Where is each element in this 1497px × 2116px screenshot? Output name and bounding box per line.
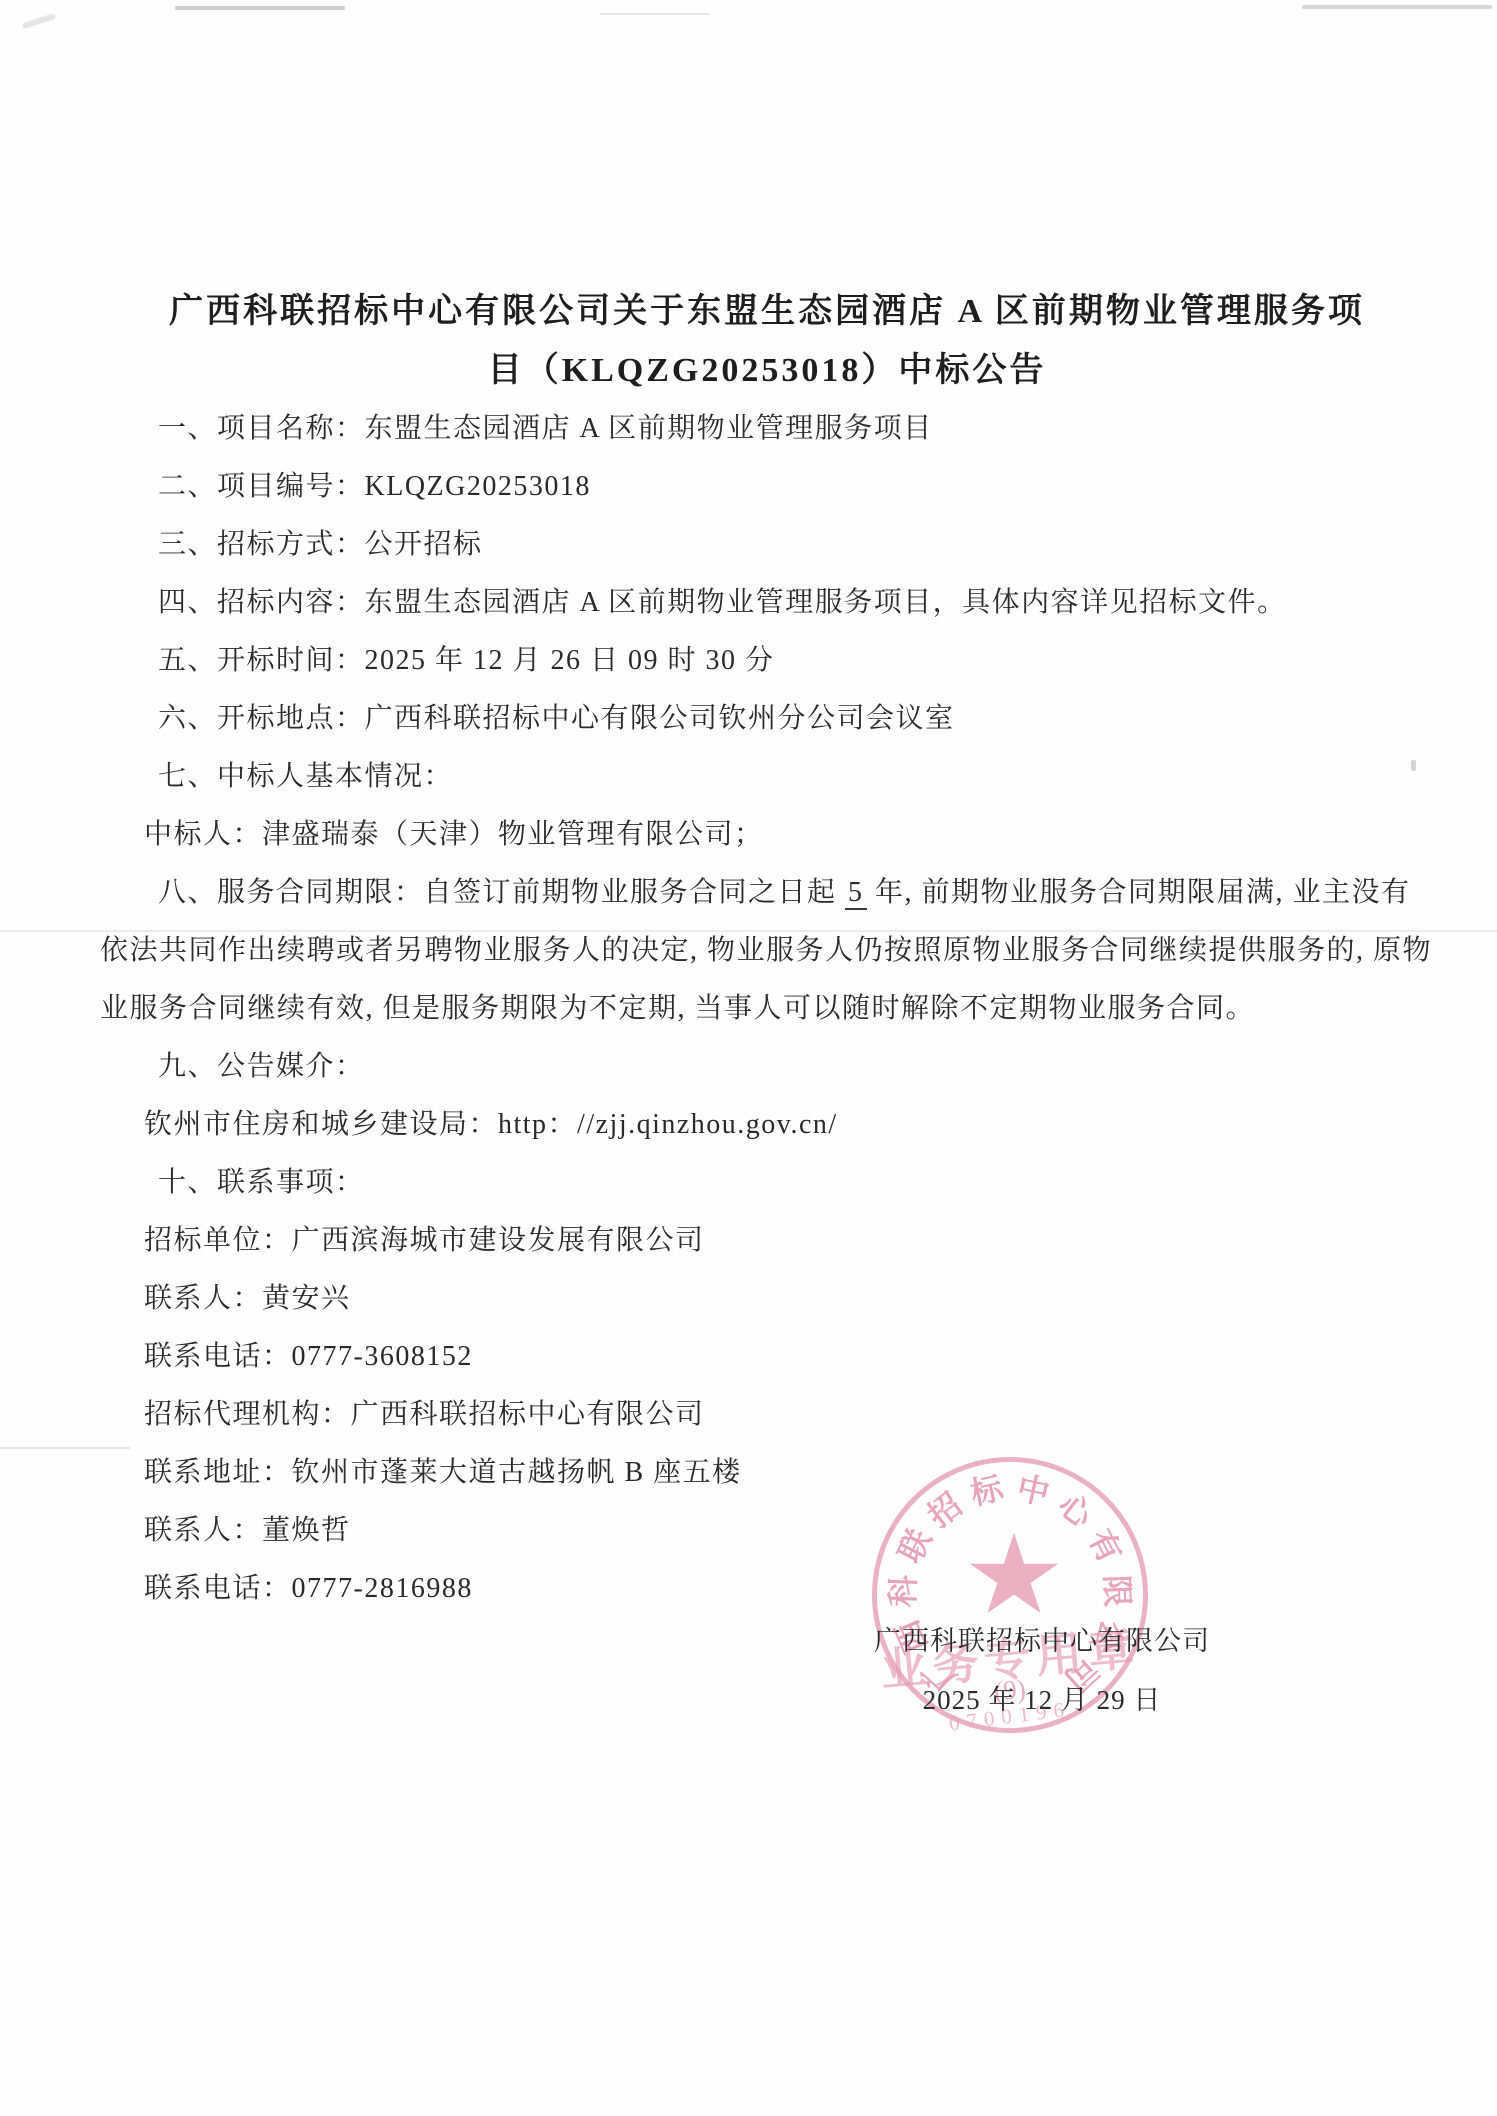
document-body: 广西科联招标中心有限公司关于东盟生态园酒店 A 区前期物业管理服务项目（KLQZ… — [100, 0, 1434, 1618]
signature-block: 广西科联招标中心有限公司 2025 年 12 月 29 日 — [872, 1612, 1212, 1730]
stamp-ring-char: 标 — [966, 1470, 1007, 1511]
scan-artifact — [175, 6, 345, 10]
document-title: 广西科联招标中心有限公司关于东盟生态园酒店 A 区前期物业管理服务项目（KLQZ… — [100, 282, 1434, 400]
paragraph-contact-heading: 十、联系事项： — [100, 1154, 1434, 1212]
signature-company: 广西科联招标中心有限公司 — [872, 1612, 1212, 1671]
paragraph-contact-phone-1: 联系电话：0777-3608152 — [100, 1328, 1434, 1386]
contract-term-underlined-value: 5 — [845, 877, 867, 910]
paragraph-project-number: 二、项目编号：KLQZG20253018 — [100, 458, 1434, 516]
scanned-bid-announcement-page: { "document": { "title_line1": "广西科联招标中心… — [0, 0, 1497, 2116]
title-line-2: 目（KLQZG20253018）中标公告 — [488, 352, 1047, 389]
paragraph-bid-content: 四、招标内容：东盟生态园酒店 A 区前期物业管理服务项目，具体内容详见招标文件。 — [100, 574, 1434, 632]
scan-artifact — [1240, 601, 1244, 605]
scan-artifact — [0, 1447, 130, 1449]
scan-artifact — [0, 930, 1497, 932]
paragraph-tender-unit: 招标单位：广西滨海城市建设发展有限公司 — [100, 1212, 1434, 1270]
scan-artifact — [1302, 5, 1492, 9]
scan-artifact — [22, 13, 56, 29]
paragraph-contact-phone-2: 联系电话：0777-2816988 — [100, 1560, 1434, 1618]
paragraph-project-name: 一、项目名称：东盟生态园酒店 A 区前期物业管理服务项目 — [100, 400, 1434, 458]
scan-artifact — [600, 13, 710, 15]
paragraph-media-url: 钦州市住房和城乡建设局：http：//zjj.qinzhou.gov.cn/ — [100, 1096, 1434, 1154]
paragraph-opening-time: 五、开标时间：2025 年 12 月 26 日 09 时 30 分 — [100, 632, 1434, 690]
paragraph-agency: 招标代理机构：广西科联招标中心有限公司 — [100, 1386, 1434, 1444]
document-paragraphs: 一、项目名称：东盟生态园酒店 A 区前期物业管理服务项目 二、项目编号：KLQZ… — [100, 400, 1434, 1618]
paragraph-contact-address: 联系地址：钦州市蓬莱大道古越扬帆 B 座五楼 — [100, 1444, 1434, 1502]
paragraph-contact-person-1: 联系人：黄安兴 — [100, 1270, 1434, 1328]
signature-date: 2025 年 12 月 29 日 — [872, 1671, 1212, 1730]
scan-artifact — [1411, 760, 1416, 771]
paragraph-winner-heading: 七、中标人基本情况： — [100, 748, 1434, 806]
paragraph-winner-name: 中标人：津盛瑞泰（天津）物业管理有限公司； — [100, 806, 1434, 864]
stamp-ring-char: 科 — [885, 1573, 920, 1608]
paragraph-contract-term: 八、服务合同期限：自签订前期物业服务合同之日起 5 年, 前期物业服务合同期限届… — [100, 864, 1434, 1038]
stamp-ring-char: 限 — [1099, 1573, 1134, 1608]
contract-term-lead: 八、服务合同期限：自签订前期物业服务合同之日起 — [158, 877, 845, 908]
paragraph-bid-method: 三、招标方式：公开招标 — [100, 516, 1434, 574]
paragraph-contact-person-2: 联系人：董焕哲 — [100, 1502, 1434, 1560]
paragraph-media-heading: 九、公告媒介： — [100, 1038, 1434, 1096]
title-line-1: 广西科联招标中心有限公司关于东盟生态园酒店 A 区前期物业管理服务项 — [169, 293, 1365, 330]
paragraph-opening-place: 六、开标地点：广西科联招标中心有限公司钦州分公司会议室 — [100, 690, 1434, 748]
stamp-ring-char: 中 — [1013, 1470, 1054, 1511]
